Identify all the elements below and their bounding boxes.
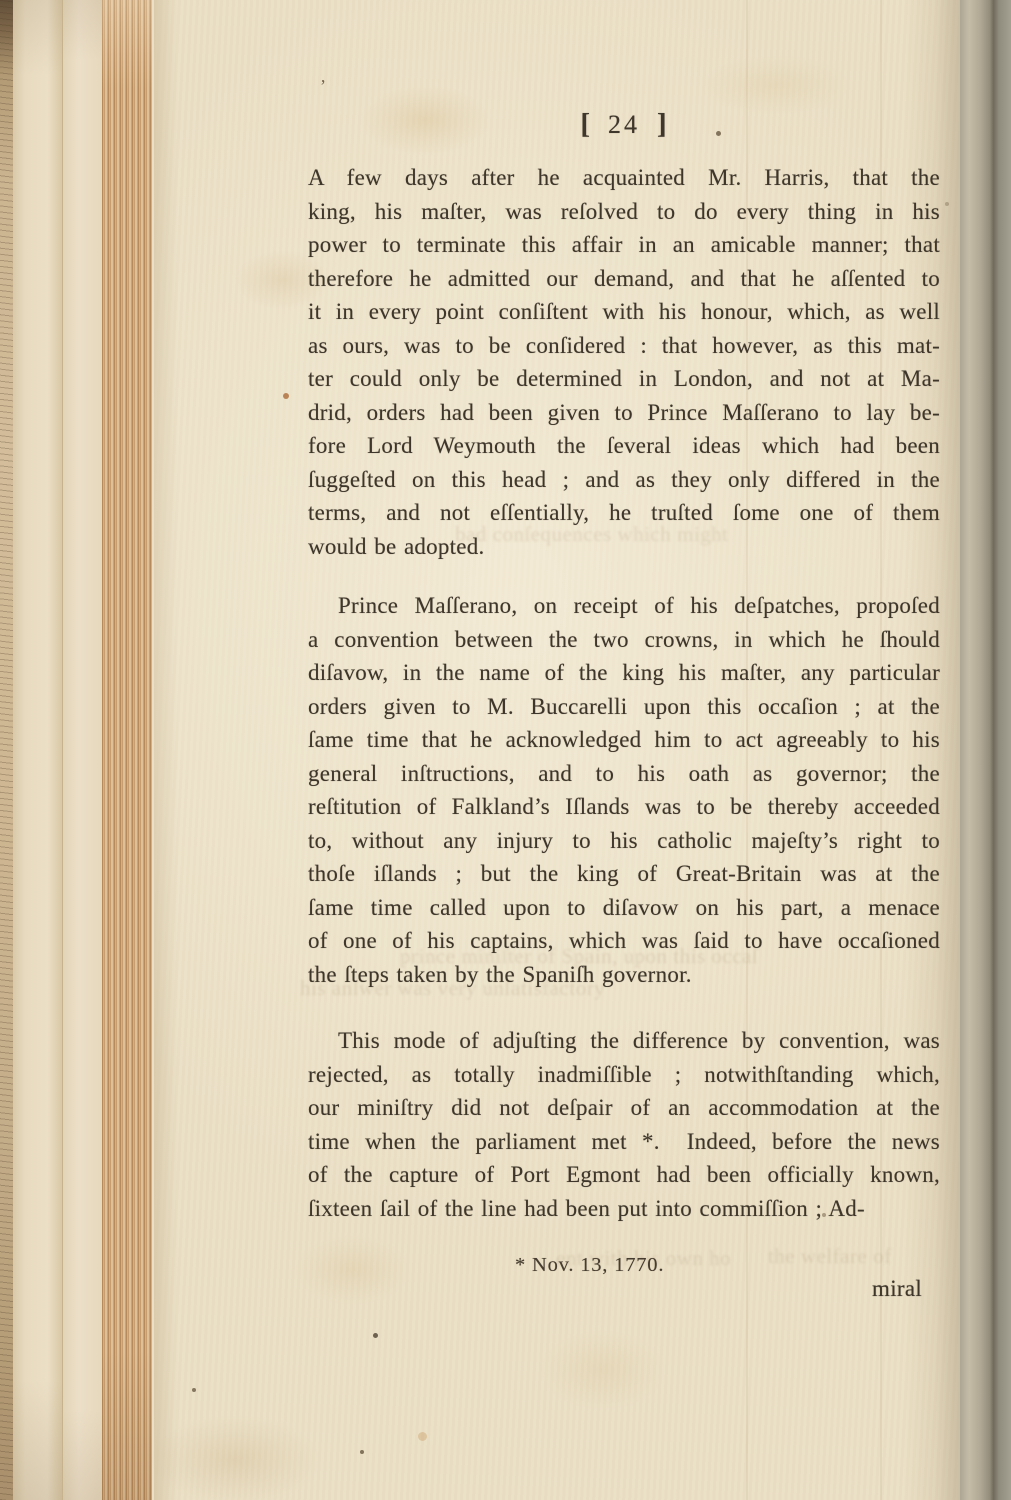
foxing-speck xyxy=(283,393,289,399)
show-through-text: the welfare of xyxy=(768,1244,892,1269)
right-bracket: ] xyxy=(657,108,668,140)
paper-stain xyxy=(150,1415,320,1500)
text-line: therefore he admitted our demand, and th… xyxy=(308,262,940,296)
text-line: power to terminate this affair in an ami… xyxy=(308,228,940,262)
text-line: as ours, was to be conſidered : that how… xyxy=(308,329,940,363)
text-line: king, his maſter, was reſolved to do eve… xyxy=(308,195,940,229)
foxing-speck xyxy=(945,202,949,206)
paragraph: Prince Maſſerano, on receipt of his deſp… xyxy=(308,589,940,991)
text-line: it in every point conſiſtent with his ho… xyxy=(308,295,940,329)
text-line: our miniſtry did not deſpair of an accom… xyxy=(308,1091,940,1125)
page-number: 24 xyxy=(608,110,640,139)
page-edge-shadow xyxy=(935,0,1011,1500)
paper-stain xyxy=(295,1235,410,1305)
text-line: diſavow, in the name of the king his maſ… xyxy=(308,656,940,690)
text-line: ſuggeſted on this head ; and as they onl… xyxy=(308,463,940,497)
footnote: * Nov. 13, 1770. xyxy=(515,1254,664,1277)
text-line: orders given to M. Buccarelli upon this … xyxy=(308,690,940,724)
text-line: ſame time that he acknowledged him to ac… xyxy=(308,723,940,757)
text-line: of one of his captains, which was ſaid t… xyxy=(308,924,940,958)
text-line: ſame time called upon to diſavow on his … xyxy=(308,891,940,925)
text-line: of the capture of Port Egmont had been o… xyxy=(308,1158,940,1192)
text-line: fore Lord Weymouth the ſeveral ideas whi… xyxy=(308,429,940,463)
text-line: drid, orders had been given to Prince Ma… xyxy=(308,396,940,430)
book-edge-band-outer xyxy=(0,0,13,1500)
paper-stain xyxy=(700,55,850,115)
text-line: would be adopted. xyxy=(308,530,940,564)
text-line: terms, and not eſſentially, he truſted ſ… xyxy=(308,496,940,530)
scanned-book-page: bad conſequences which mightprince miniſ… xyxy=(0,0,1011,1500)
text-line: the ſteps taken by the Spaniſh governor. xyxy=(308,958,940,992)
paragraph: This mode of adjuſting the difference by… xyxy=(308,1024,940,1225)
book-edge-band-striated xyxy=(102,0,154,1500)
left-bracket: [ xyxy=(580,108,591,140)
book-edge-band-1 xyxy=(13,0,63,1500)
text-line: time when the parliament met *. Indeed, … xyxy=(308,1125,940,1159)
text-line: general inſtructions, and to his oath as… xyxy=(308,757,940,791)
text-line: ſixteen ſail of the line had been put in… xyxy=(308,1192,940,1226)
catchword: miral xyxy=(872,1276,922,1302)
text-line: ter could only be determined in London, … xyxy=(308,362,940,396)
paragraph: A few days after he acquainted Mr. Harri… xyxy=(308,161,940,563)
text-line: thoſe iſlands ; but the king of Great-Br… xyxy=(308,857,940,891)
text-line: A few days after he acquainted Mr. Harri… xyxy=(308,161,940,195)
foxing-speck xyxy=(373,1333,378,1338)
text-line: rejected, as totally inadmiſſible ; notw… xyxy=(308,1058,940,1092)
foxing-speck xyxy=(418,1432,427,1441)
text-line: to, without any injury to his catholic m… xyxy=(308,824,940,858)
foxing-speck xyxy=(360,1450,364,1454)
text-line: This mode of adjuſting the difference by… xyxy=(308,1024,940,1058)
book-edge-band-2 xyxy=(63,0,102,1500)
paper-stain xyxy=(540,1330,665,1410)
stray-ink-mark: ’ xyxy=(320,76,326,97)
text-line: a convention between the two crowns, in … xyxy=(308,623,940,657)
page-number-header: [24] xyxy=(308,108,940,141)
text-line: reſtitution of Falkland’s Iſlands was to… xyxy=(308,790,940,824)
text-line: Prince Maſſerano, on receipt of his deſp… xyxy=(308,589,940,623)
foxing-speck xyxy=(192,1388,196,1392)
